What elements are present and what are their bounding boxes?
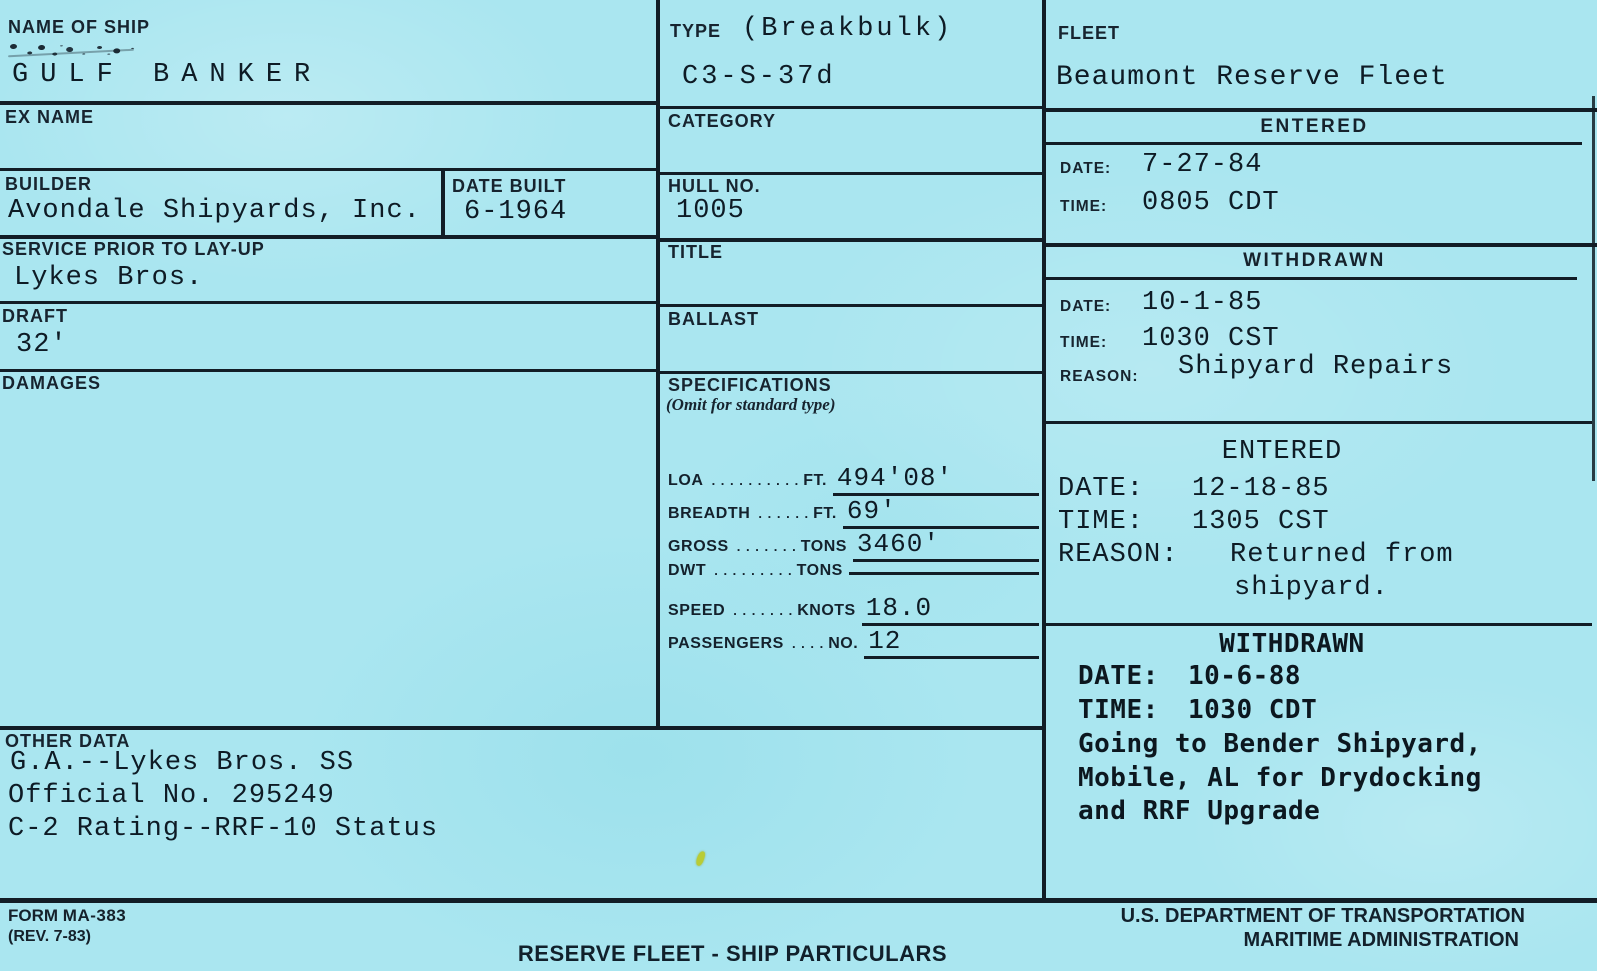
spec-value: 18.0 bbox=[862, 595, 1039, 626]
spec-value: 69' bbox=[843, 498, 1039, 529]
dot-leader: . . . . . . . bbox=[733, 604, 793, 617]
withdrawn-time-value: 1030 CST bbox=[1142, 324, 1280, 355]
divider bbox=[656, 172, 1046, 175]
entered2-reason-value: Returned from bbox=[1230, 540, 1454, 571]
spec-row-breadth: BREADTH . . . . . . FT. 69' bbox=[668, 498, 1039, 529]
builder-date-divider bbox=[441, 170, 445, 237]
dot-leader: . . . . bbox=[792, 637, 824, 650]
divider bbox=[1042, 243, 1597, 247]
draft-value: 32' bbox=[16, 330, 68, 361]
ink-smudge bbox=[10, 44, 17, 49]
divider bbox=[1042, 421, 1592, 424]
divider bbox=[1042, 623, 1592, 626]
spec-label: GROSS bbox=[668, 539, 729, 555]
spec-unit: FT. bbox=[813, 506, 837, 522]
specifications-note: (Omit for standard type) bbox=[666, 395, 836, 415]
spec-label: DWT bbox=[668, 563, 706, 579]
divider bbox=[656, 304, 1046, 307]
divider bbox=[1042, 142, 1582, 145]
dot-leader: . . . . . . bbox=[758, 507, 809, 520]
spec-row-passengers: PASSENGERS . . . . NO. 12 bbox=[668, 628, 1039, 659]
withdrawn2-note-line: Mobile, AL for Drydocking bbox=[1078, 764, 1482, 794]
withdrawn2-note-line: Going to Bender Shipyard, bbox=[1078, 730, 1482, 760]
withdrawn-date-value: 10-1-85 bbox=[1142, 288, 1262, 319]
date-label: DATE: bbox=[1058, 474, 1144, 505]
spec-row-speed: SPEED . . . . . . . KNOTS 18.0 bbox=[668, 595, 1039, 626]
other-data-line: C-2 Rating--RRF-10 Status bbox=[8, 814, 438, 845]
hull-no-value: 1005 bbox=[676, 196, 745, 227]
service-prior-label: SERVICE PRIOR TO LAY-UP bbox=[2, 240, 265, 260]
spec-unit: TONS bbox=[801, 539, 847, 555]
category-label: CATEGORY bbox=[668, 112, 776, 132]
pen-mark bbox=[695, 850, 706, 866]
withdrawn2-note-line: and RRF Upgrade bbox=[1078, 797, 1320, 827]
time-label: TIME: bbox=[1078, 696, 1159, 726]
title-label: TITLE bbox=[668, 243, 723, 263]
name-of-ship-label: NAME OF SHIP bbox=[8, 18, 150, 38]
fleet-value: Beaumont Reserve Fleet bbox=[1056, 62, 1448, 94]
type-annotation: (Breakbulk) bbox=[742, 14, 953, 45]
dot-leader: . . . . . . . bbox=[737, 540, 797, 553]
time-label: TIME: bbox=[1058, 507, 1144, 538]
ex-name-label: EX NAME bbox=[5, 108, 94, 128]
page-title: RESERVE FLEET - SHIP PARTICULARS bbox=[460, 941, 1005, 967]
divider bbox=[1042, 108, 1597, 112]
entered-time-value: 0805 CDT bbox=[1142, 188, 1280, 219]
spec-unit: FT. bbox=[803, 473, 827, 489]
entered2-time-value: 1305 CST bbox=[1192, 507, 1330, 538]
ship-particulars-card: NAME OF SHIP GULF BANKER EX NAME BUILDER… bbox=[0, 0, 1597, 971]
spec-unit: NO. bbox=[828, 636, 858, 652]
spec-value bbox=[849, 570, 1039, 575]
agency-block: U.S. DEPARTMENT OF TRANSPORTATION MARITI… bbox=[1121, 904, 1525, 953]
entered2-header: ENTERED bbox=[1042, 437, 1522, 468]
form-number: MA-383 bbox=[63, 906, 126, 925]
name-of-ship-value: GULF BANKER bbox=[12, 60, 322, 91]
builder-value: Avondale Shipyards, Inc. bbox=[8, 196, 421, 227]
spec-value: 12 bbox=[864, 628, 1039, 659]
divider bbox=[0, 101, 660, 105]
other-data-line: Official No. 295249 bbox=[8, 781, 335, 812]
damages-label: DAMAGES bbox=[2, 374, 101, 394]
form-id: FORM MA-383 bbox=[8, 906, 126, 926]
dot-leader: . . . . . . . . . . bbox=[712, 474, 800, 487]
date-built-value: 6-1964 bbox=[464, 197, 567, 228]
spec-label: SPEED bbox=[668, 603, 725, 619]
other-data-line: G.A.--Lykes Bros. SS bbox=[10, 748, 354, 779]
withdrawn-header: WITHDRAWN bbox=[1042, 251, 1587, 270]
spec-row-gross: GROSS . . . . . . . TONS 3460' bbox=[668, 531, 1039, 562]
spec-label: LOA bbox=[668, 473, 704, 489]
date-built-label: DATE BUILT bbox=[452, 177, 566, 197]
fleet-label: FLEET bbox=[1058, 24, 1120, 44]
spec-unit: TONS bbox=[797, 563, 843, 579]
spec-label: PASSENGERS bbox=[668, 636, 784, 652]
reason-label: REASON: bbox=[1060, 368, 1138, 385]
draft-label: DRAFT bbox=[2, 307, 68, 327]
ink-smudge bbox=[8, 49, 134, 58]
divider bbox=[0, 898, 1597, 903]
ballast-label: BALLAST bbox=[668, 310, 759, 330]
divider bbox=[0, 301, 660, 304]
specifications-label: SPECIFICATIONS bbox=[668, 376, 832, 396]
divider bbox=[0, 369, 660, 372]
reason-label: REASON: bbox=[1058, 540, 1178, 571]
time-label: TIME: bbox=[1060, 198, 1107, 215]
date-label: DATE: bbox=[1060, 298, 1111, 315]
service-prior-value: Lykes Bros. bbox=[14, 263, 203, 294]
spec-value: 3460' bbox=[853, 531, 1039, 562]
form-revision: (REV. 7-83) bbox=[8, 927, 91, 946]
withdrawn-reason-value: Shipyard Repairs bbox=[1178, 352, 1453, 383]
entered2-date-value: 12-18-85 bbox=[1192, 474, 1330, 505]
date-label: DATE: bbox=[1060, 160, 1111, 177]
divider bbox=[656, 106, 1046, 109]
entered2-reason-value: shipyard. bbox=[1234, 573, 1389, 604]
entered-header: ENTERED bbox=[1042, 117, 1587, 136]
withdrawn2-date-value: 10-6-88 bbox=[1188, 662, 1301, 692]
time-label: TIME: bbox=[1060, 334, 1107, 351]
spec-value: 494'08' bbox=[833, 465, 1039, 496]
date-label: DATE: bbox=[1078, 662, 1159, 692]
form-word: FORM bbox=[8, 906, 58, 925]
spec-row-loa: LOA . . . . . . . . . . FT. 494'08' bbox=[668, 465, 1039, 496]
divider bbox=[1042, 277, 1577, 280]
spec-row-dwt: DWT . . . . . . . . . TONS bbox=[668, 563, 1039, 579]
type-label: TYPE bbox=[670, 22, 721, 42]
divider bbox=[0, 726, 1046, 730]
agency-line: U.S. DEPARTMENT OF TRANSPORTATION bbox=[1121, 904, 1525, 928]
spec-label: BREADTH bbox=[668, 506, 750, 522]
paper-edge bbox=[1592, 96, 1595, 481]
divider bbox=[656, 371, 1046, 374]
type-value: C3-S-37d bbox=[682, 62, 836, 93]
hull-no-label: HULL NO. bbox=[668, 177, 761, 197]
builder-label: BUILDER bbox=[5, 175, 92, 195]
entered-date-value: 7-27-84 bbox=[1142, 150, 1262, 181]
divider bbox=[0, 168, 660, 171]
column-divider bbox=[656, 0, 660, 730]
agency-line: MARITIME ADMINISTRATION bbox=[1121, 928, 1525, 952]
withdrawn2-time-value: 1030 CDT bbox=[1188, 696, 1317, 726]
dot-leader: . . . . . . . . . bbox=[714, 564, 792, 577]
spec-unit: KNOTS bbox=[797, 603, 856, 619]
withdrawn2-header: WITHDRAWN bbox=[1042, 630, 1542, 660]
